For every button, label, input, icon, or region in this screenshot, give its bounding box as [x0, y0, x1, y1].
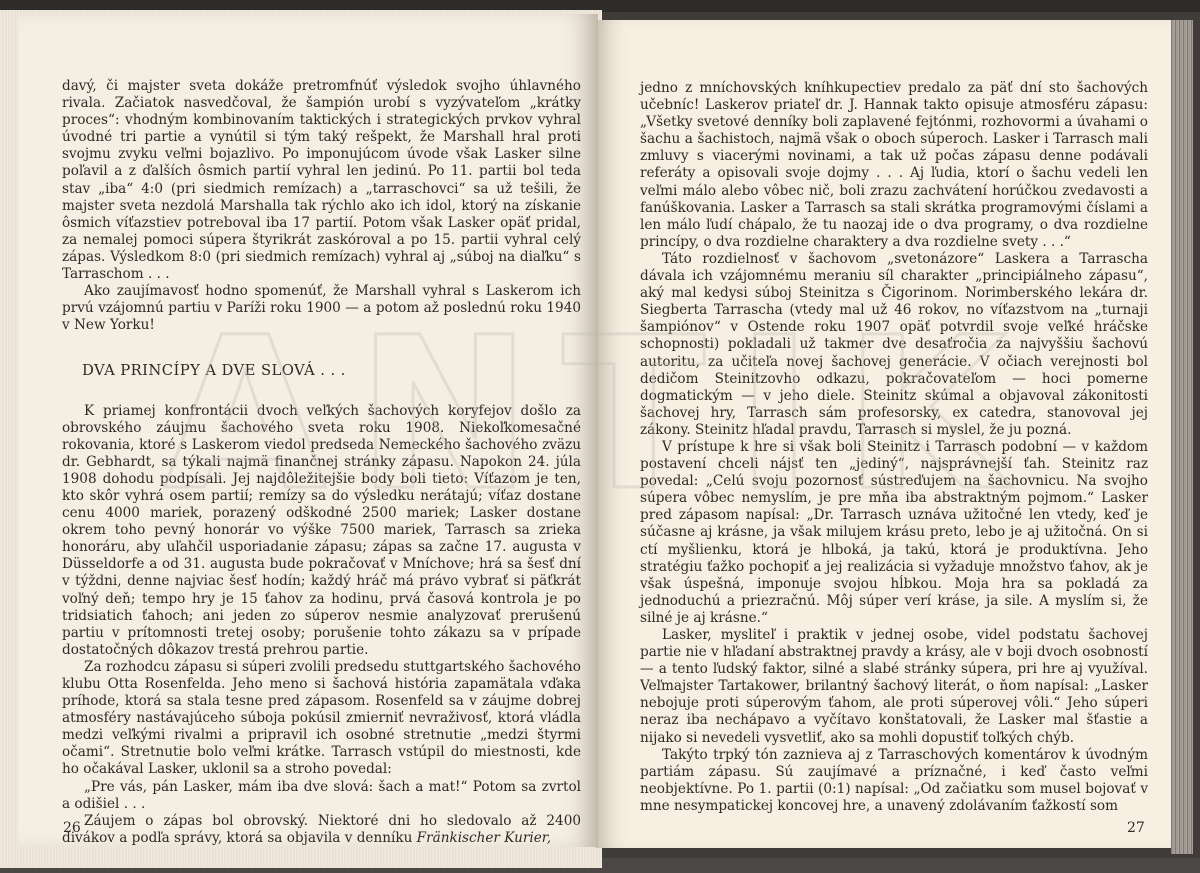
paragraph: Takýto trpký tón zaznieva aj z Tarrascho… — [640, 747, 1148, 815]
left-page-body: davý, či majster sveta dokáže pretromfnú… — [62, 78, 581, 847]
page-number-left: 26 — [63, 820, 81, 836]
paragraph: jedno z mníchovských kníhkupectiev preda… — [640, 80, 1148, 251]
section-heading: DVA PRINCÍPY A DVE SLOVÁ . . . — [82, 362, 581, 379]
paragraph: K priamej konfrontácii dvoch veľkých šac… — [62, 403, 581, 659]
paragraph: „Pre vás, pán Lasker, mám iba dve slová:… — [62, 779, 581, 813]
book-gutter — [596, 20, 598, 848]
paragraph: Za rozhodcu zápasu si súperi zvolili pre… — [62, 659, 581, 779]
newspaper-title: Fränkischer Kurier, — [417, 830, 551, 846]
right-page-stack-edge — [1171, 20, 1193, 854]
page-number-right: 27 — [1127, 820, 1145, 836]
paragraph: Záujem o zápas bol obrovský. Niektoré dn… — [62, 813, 581, 847]
paragraph: V prístupe k hre si však boli Steinitz i… — [640, 439, 1148, 627]
paragraph: Ako zaujímavosť hodno spomenúť, že Marsh… — [62, 283, 581, 334]
paragraph: Táto rozdielnosť v šachovom „svetonázore… — [640, 251, 1148, 439]
paragraph: davý, či majster sveta dokáže pretromfnú… — [62, 78, 581, 283]
paragraph: Lasker, mysliteľ i praktik v jednej osob… — [640, 627, 1148, 747]
right-page-body: jedno z mníchovských kníhkupectiev preda… — [640, 80, 1148, 815]
